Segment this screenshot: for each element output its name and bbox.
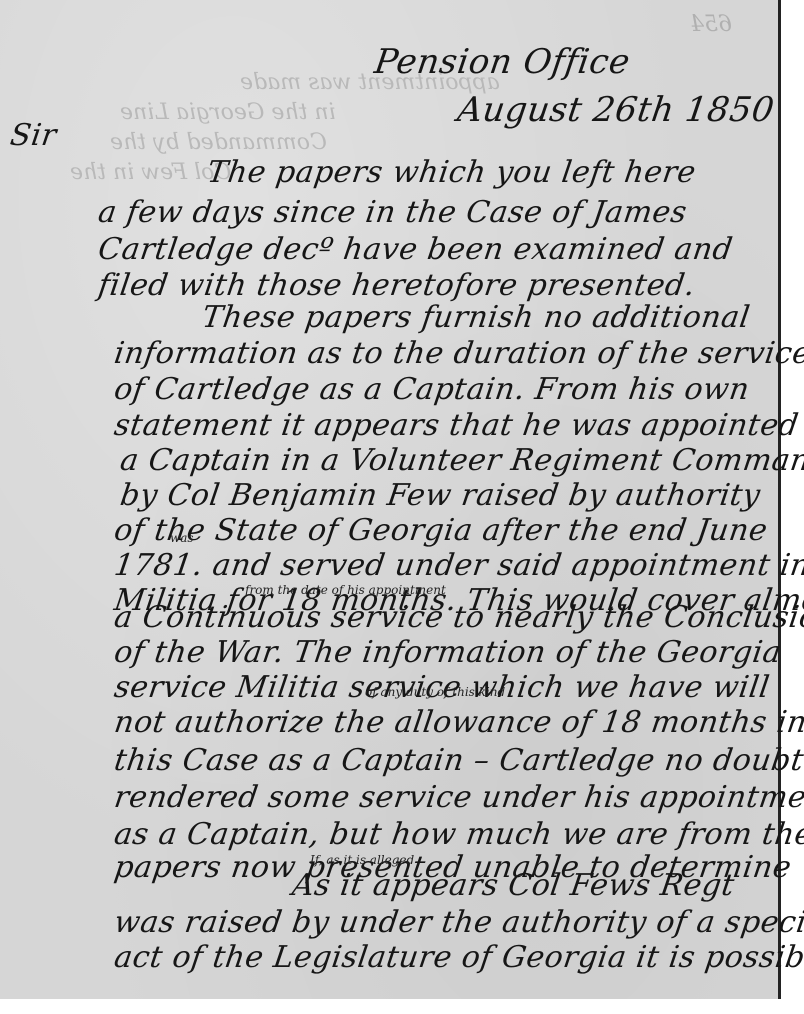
letter-line: These papers furnish no additional bbox=[200, 300, 752, 335]
interlinear-insertion: If, as it is alleged bbox=[310, 853, 414, 867]
letter-line: as a Captain, but how much we are from t… bbox=[112, 817, 804, 852]
letter-line: filed with those heretofore presented. bbox=[96, 268, 697, 303]
letter-line: by Col Benjamin Few raised by authority bbox=[118, 478, 763, 513]
bleed-through-text: in the Georgia Line bbox=[120, 100, 336, 125]
interlinear-insertion: of any duty of this kind bbox=[365, 685, 505, 699]
letter-line: a Captain in a Volunteer Regiment Comman… bbox=[118, 443, 804, 478]
letter-line: The papers which you left here bbox=[205, 155, 698, 190]
letter-line: this Case as a Captain – Cartledge no do… bbox=[112, 743, 804, 778]
letter-line: was raised by under the authority of a s… bbox=[112, 905, 804, 940]
letter-line: statement it appears that he was appoint… bbox=[112, 408, 801, 443]
letter-line: of Cartledge as a Captain. From his own bbox=[112, 372, 752, 407]
letter-line: information as to the duration of the se… bbox=[112, 336, 804, 371]
interlinear-insertion: from the date of his appointment bbox=[245, 583, 446, 597]
letter-line: of the War. The information of the Georg… bbox=[112, 635, 784, 670]
letter-line: act of the Legislature of Georgia it is … bbox=[112, 940, 804, 975]
page-number: 654 bbox=[690, 12, 732, 37]
letter-line: 1781. and served under said appointment … bbox=[112, 548, 804, 583]
letter-place: Pension Office bbox=[372, 42, 633, 82]
letter-line: of the State of Georgia after the end Ju… bbox=[112, 513, 770, 548]
letter-line: a Continuous service to nearly the Concl… bbox=[112, 600, 804, 635]
letter-line: As it appears Col Fews Regt bbox=[290, 868, 737, 903]
interlinear-insertion: was bbox=[170, 531, 194, 545]
letter-line: rendered some service under his appointm… bbox=[112, 780, 804, 815]
letter-line: not authorize the allowance of 18 months… bbox=[112, 705, 804, 740]
letter-page: 654 appointment was made in the Georgia … bbox=[0, 0, 781, 999]
letter-date: August 26th 1850 bbox=[455, 90, 777, 130]
letter-line: a few days since in the Case of James bbox=[96, 195, 689, 230]
bleed-through-text: Commanded by the bbox=[110, 130, 327, 155]
salutation: Sir bbox=[8, 118, 59, 153]
letter-line: Cartledge decº have been examined and bbox=[96, 232, 735, 267]
